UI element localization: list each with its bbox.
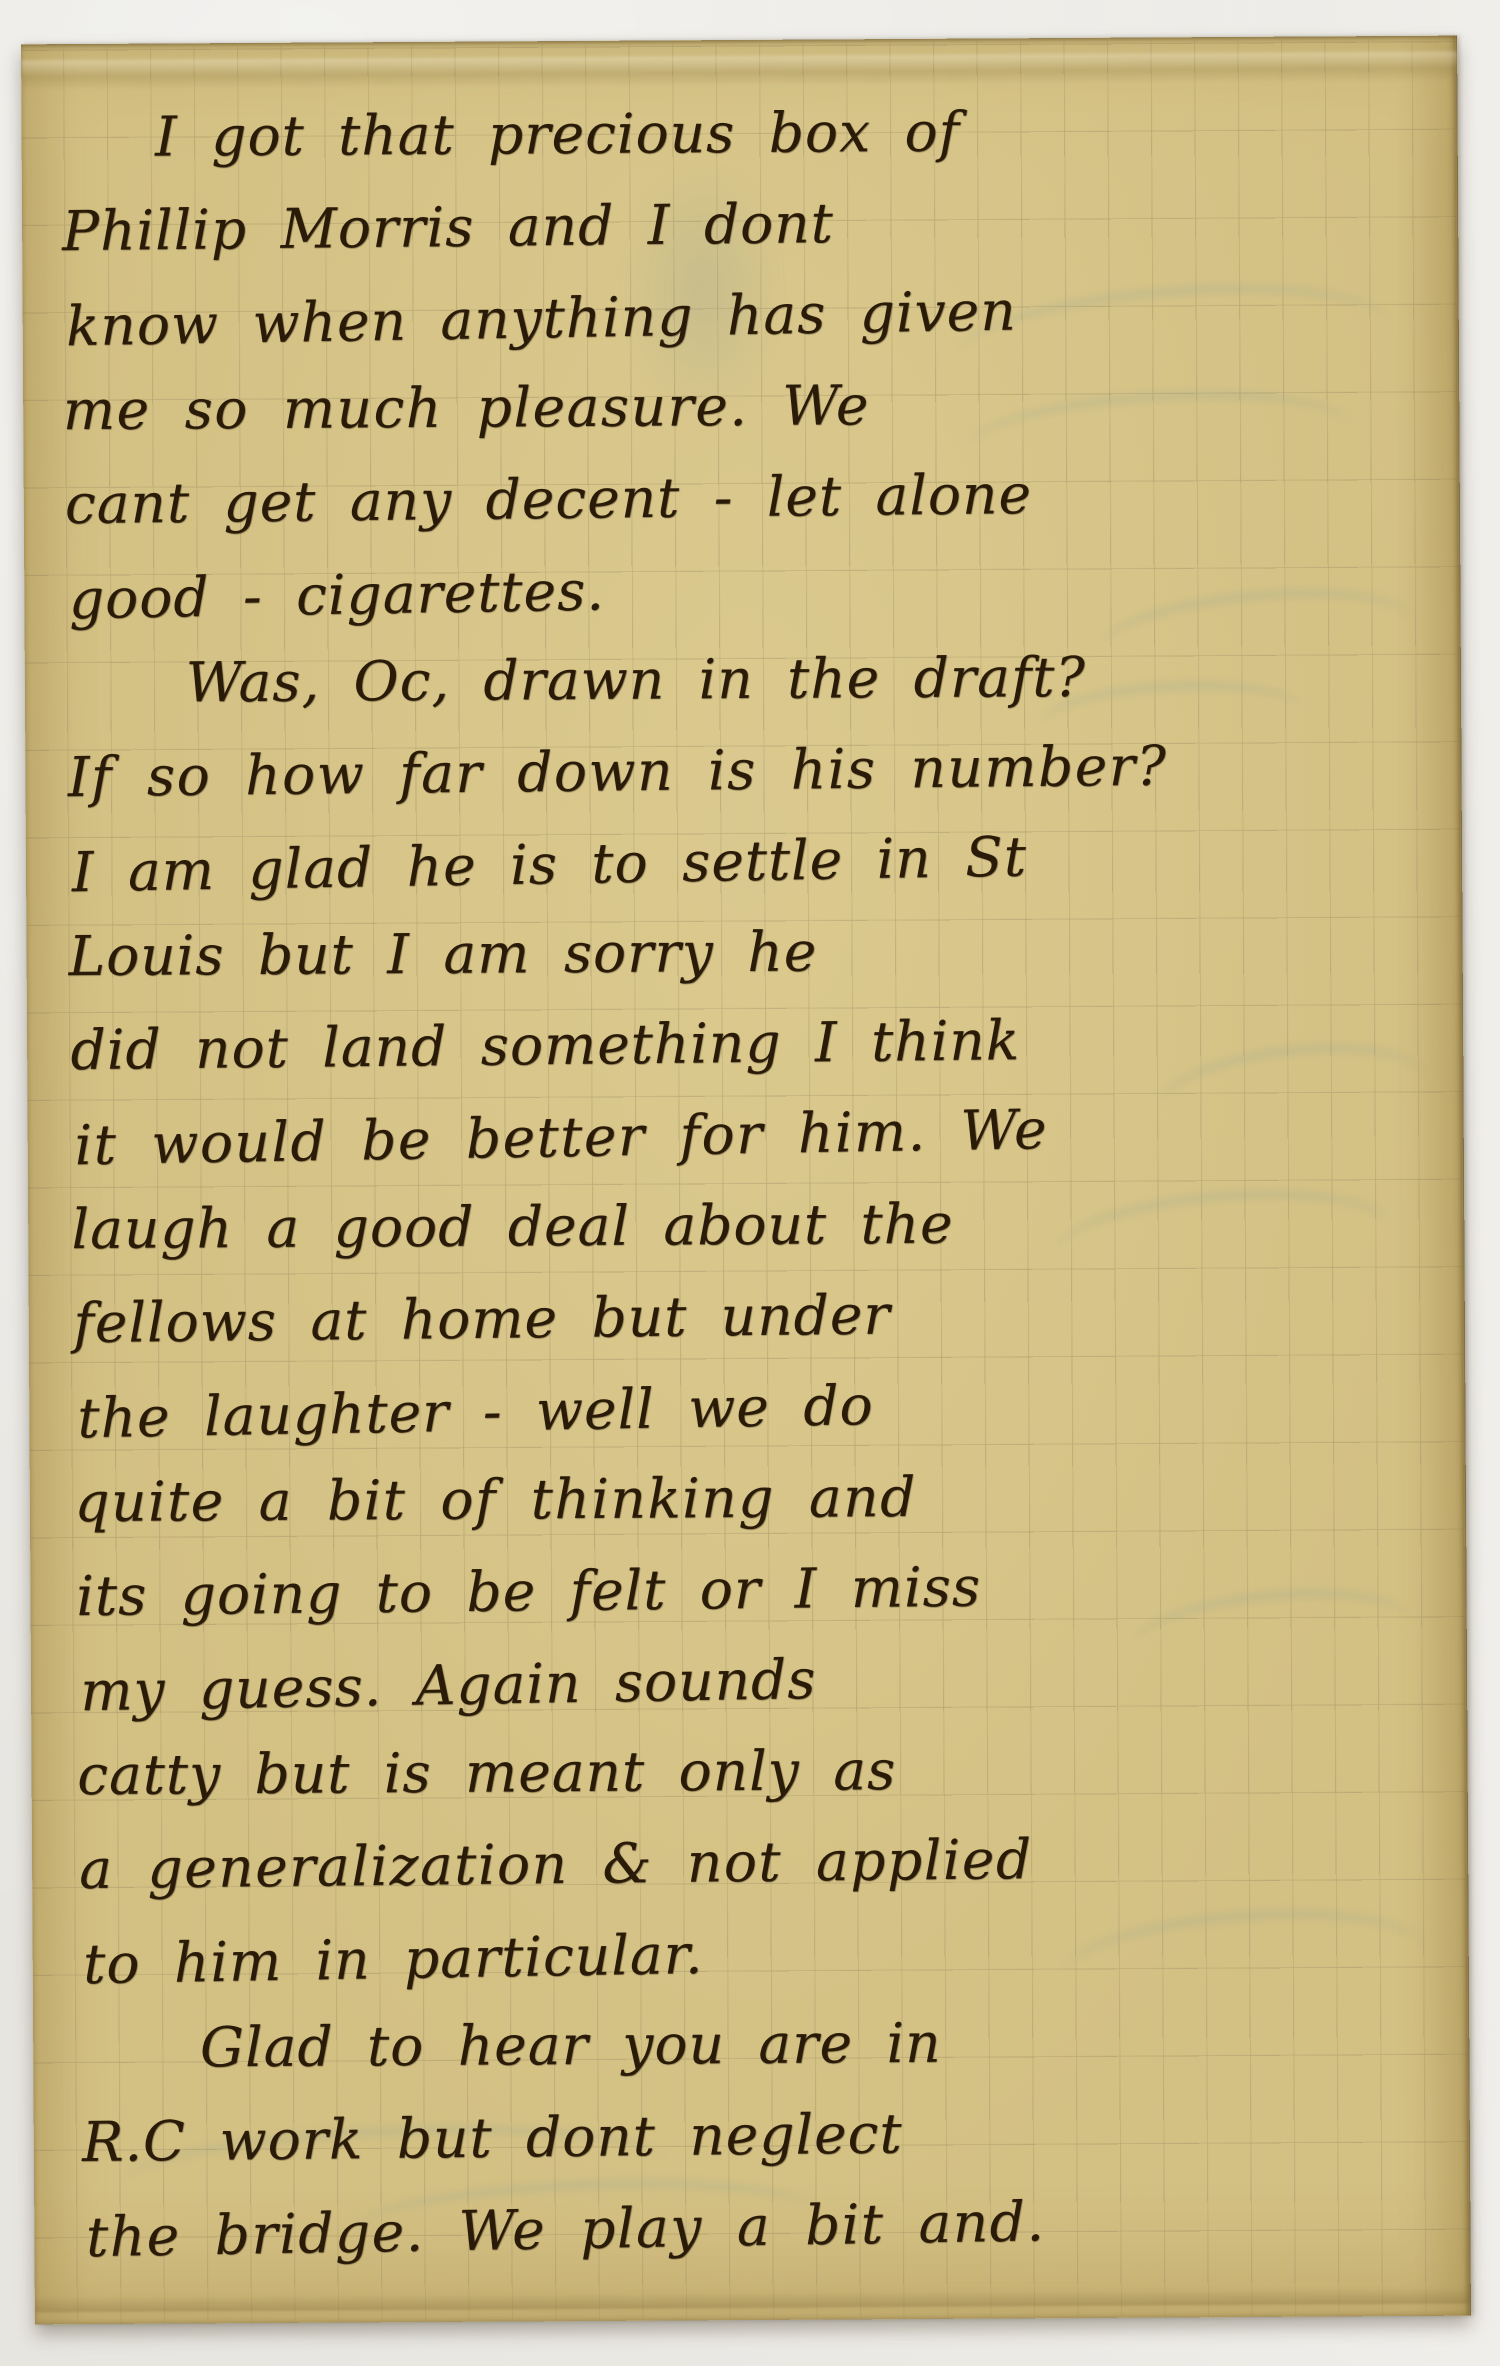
letter-line: to him in particular. [82, 1896, 1457, 2010]
letter-line: Louis but I am sorry he [68, 903, 1443, 1002]
letter-line: good - cigarettes. [68, 532, 1443, 646]
letter-line: quite a bit of thinking and [74, 1449, 1449, 1548]
letter-line: Glad to hear you are in [80, 1995, 1455, 2094]
letter-line: laugh a good deal about the [71, 1176, 1446, 1275]
letter-body: I got that precious box of Phillip Morri… [61, 81, 1458, 2279]
letter-page: I got that precious box of Phillip Morri… [21, 36, 1471, 2325]
letter-line: the bridge. We play a bit and. [85, 2169, 1460, 2283]
scanner-background: I got that precious box of Phillip Morri… [0, 0, 1500, 2366]
letter-line: the laughter - well we do [77, 1350, 1452, 1464]
letter-line: know when anything has given [65, 259, 1440, 373]
letter-line: I am glad he is to settle in St [71, 805, 1446, 919]
letter-line: my guess. Again sounds [80, 1623, 1455, 1737]
letter-line: I got that precious box of [60, 84, 1435, 183]
letter-line: catty but is meant only as [77, 1722, 1452, 1821]
letter-line: me so much pleasure. We [63, 357, 1438, 456]
letter-line: Was, Oc, drawn in the draft? [65, 630, 1440, 729]
letter-line: it would be better for him. We [74, 1077, 1449, 1191]
